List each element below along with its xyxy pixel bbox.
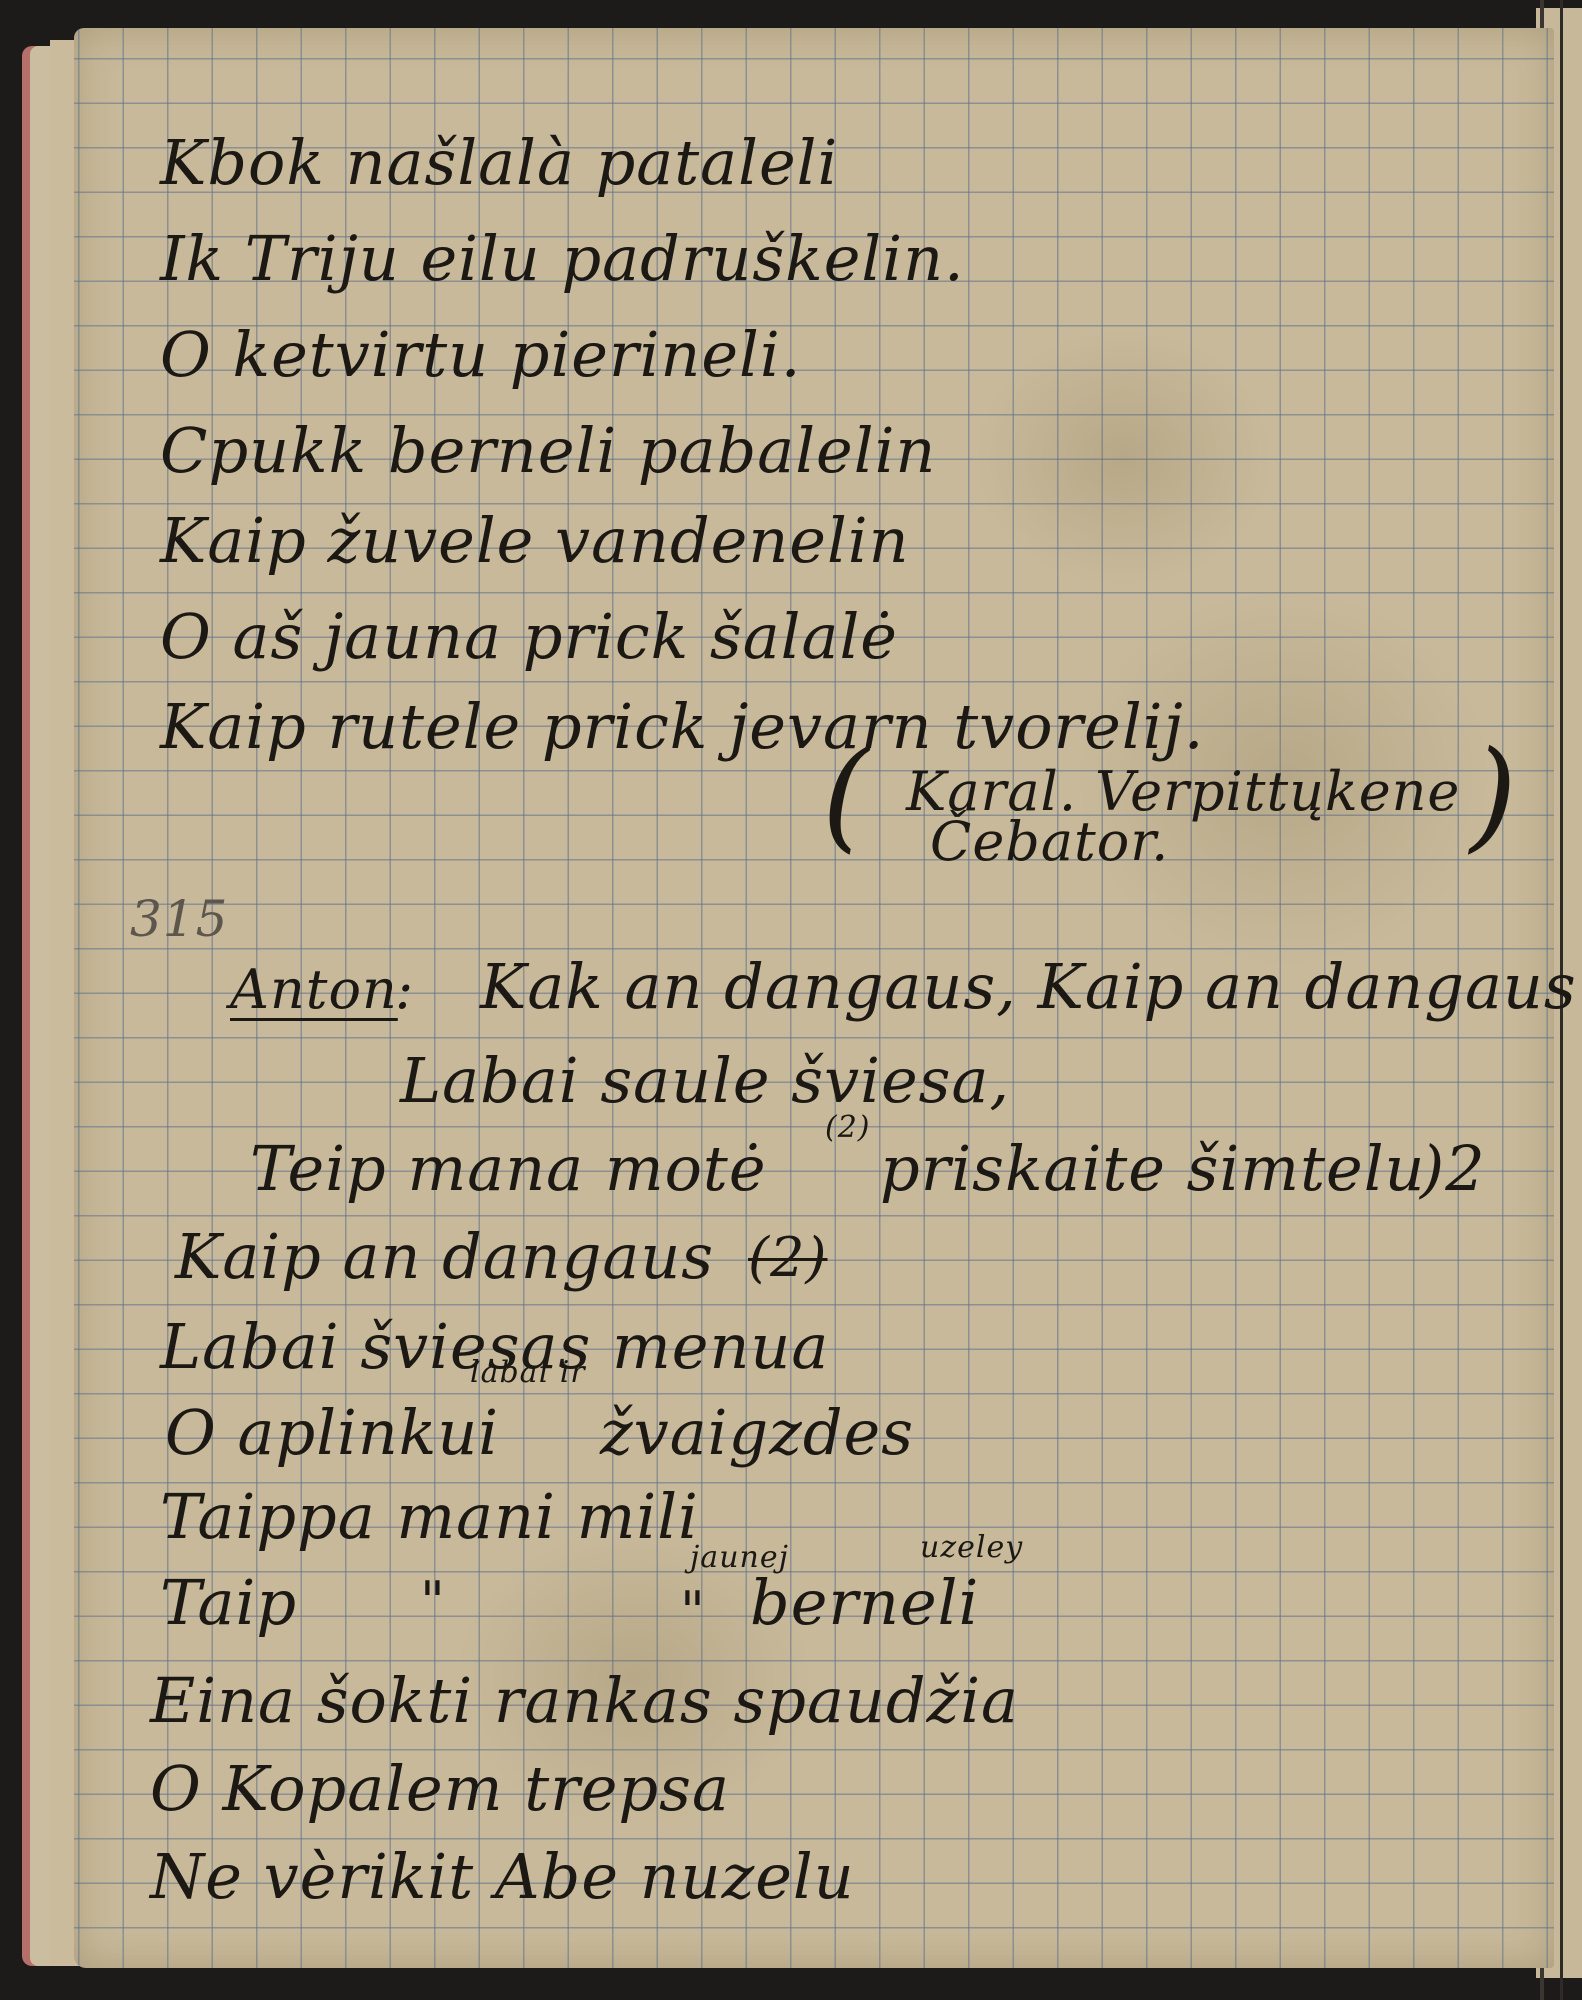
repeat-mark-2: )2: [1420, 1132, 1486, 1205]
notebook-scan: Kbok našlalà pataleli Ik Triju eilu padr…: [0, 0, 1582, 2000]
song2-line-6: O aplinkui: [165, 1396, 499, 1469]
song2-line-7: Taippa mani mili: [160, 1480, 699, 1553]
insert-above-berneli-2: uzeley: [920, 1530, 1023, 1565]
insert-above-aplinkui: labai ir: [470, 1355, 586, 1390]
speaker-separator: :: [395, 958, 414, 1021]
song1-line-7: Kaip rutele prick jevarn tvorelij.: [160, 690, 1204, 763]
margin-number: 315: [130, 890, 228, 948]
song2-line-3: Teip mana motė: [250, 1132, 767, 1205]
closing-line-1: Eina šokti rankas spaudžia: [150, 1664, 1019, 1737]
speaker-name: Anton: [230, 958, 398, 1021]
song2-line-6b: žvaigzdes: [600, 1396, 914, 1469]
song1-line-3: O ketvirtu pierineli.: [160, 318, 801, 391]
closing-line-3: Ne vèrikit Abe nuzelu: [150, 1840, 855, 1913]
song2-line-4: Kaip an dangaus: [175, 1220, 714, 1293]
attribution-open-paren: (: [822, 736, 870, 856]
closing-line-2: O Kopalem trepsa: [150, 1752, 730, 1825]
attribution-line-2: Čebator.: [930, 810, 1169, 873]
struck-repeat-mark: (2): [748, 1226, 828, 1289]
song1-line-2: Ik Triju eilu padruškelin.: [160, 222, 965, 295]
song2-line-1: Kak an dangaus, Kaip an dangaus: [480, 950, 1577, 1023]
paper-stain: [974, 328, 1274, 588]
attribution-close-paren: ): [1470, 736, 1518, 856]
ditto-mark-2: ": [680, 1580, 706, 1643]
song2-line-2: Labai saule šviesa,: [400, 1044, 1010, 1117]
song1-line-6: O aš jauna prick šalalė: [160, 600, 898, 673]
song2-line-3b: priskaite šimtelu: [880, 1132, 1425, 1205]
repeat-mark-1: (2): [825, 1110, 871, 1145]
song2-line-8: Taip: [160, 1566, 297, 1639]
ditto-mark-1: ": [420, 1570, 446, 1633]
song2-line-8b: berneli: [750, 1566, 979, 1639]
song1-line-1: Kbok našlalà pataleli: [160, 126, 838, 199]
song1-line-5: Kaip žuvele vandenelin: [160, 504, 910, 577]
song1-line-4: Cpukk berneli pabalelin: [160, 414, 936, 487]
